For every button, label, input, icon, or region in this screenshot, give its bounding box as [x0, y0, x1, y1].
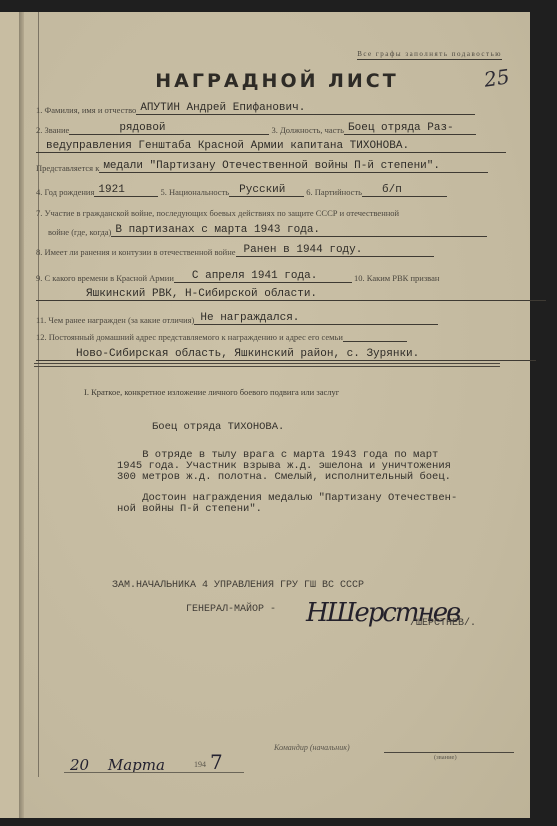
field-label-participation: 7. Участие в гражданской войне, последую…	[36, 208, 399, 218]
field-row-address: 12. Постоянный домашний адрес представля…	[36, 332, 508, 342]
field-label-army-since: 9. С какого времени в Красной Армии	[36, 273, 174, 283]
field-value-name: АПУТИН Андрей Епифанович.	[136, 102, 475, 115]
field-row-army-since: 9. С какого времени в Красной АрмииС апр…	[36, 270, 508, 283]
field-row-rank-position: 2. Званиерядовой 3. Должность, частьБоец…	[36, 122, 508, 135]
field-row-participation-cont: войне (где, когда)В партизанах с марта 1…	[48, 224, 508, 237]
field-label-rvk: 10. Каким РВК призван	[354, 273, 439, 283]
field-value-party: б/п	[362, 184, 447, 197]
field-label-rank: 2. Звание	[36, 125, 69, 135]
field-row-prior-awards: 11. Чем ранее награжден (за какие отличи…	[36, 312, 508, 325]
field-value-nationality: Русский	[229, 184, 304, 197]
signatory-rank: ГЕНЕРАЛ-МАЙОР -	[186, 604, 276, 615]
field-label-name: 1. Фамилия, имя и отчество	[36, 105, 136, 115]
field-value-rvk: Яшкинский РВК, Н-Сибирской области.	[36, 288, 546, 301]
field-value-address: Ново-Сибирская область, Яшкинский район,…	[36, 348, 536, 361]
field-label-prior-awards: 11. Чем ранее награжден (за какие отличи…	[36, 315, 194, 325]
field-row-address-cont: Ново-Сибирская область, Яшкинский район,…	[36, 348, 508, 361]
field-row-award: Представляется кмедали "Партизану Отечес…	[36, 160, 508, 173]
award-sheet: Все графы заполнять подавостью НАГРАДНОЙ…	[24, 12, 530, 818]
field-value-army-since: С апреля 1941 года.	[174, 270, 352, 283]
field-value-prior-awards: Не награждался.	[194, 312, 438, 325]
folio-number: 25	[482, 64, 511, 91]
signatory-title: ЗАМ.НАЧАЛЬНИКА 4 УПРАВЛЕНИЯ ГРУ ГШ ВС СС…	[112, 580, 364, 591]
date-year-suffix: 7	[210, 750, 223, 774]
section-heading: I. Краткое, конкретное изложение личного…	[84, 387, 339, 397]
field-value-birth-year: 1921	[94, 184, 158, 197]
field-value-rank: рядовой	[69, 122, 269, 135]
field-value-participation: В партизанах с марта 1943 года.	[111, 224, 487, 237]
field-value-position-cont: ведуправления Генштаба Красной Армии кап…	[36, 140, 506, 153]
fill-instruction-note: Все графы заполнять подавостью	[357, 50, 502, 60]
rank-caption: (звание)	[434, 754, 457, 761]
field-label-nationality: 5. Национальность	[161, 187, 230, 197]
field-value-address-blank	[343, 341, 407, 342]
commander-label: Командир (начальник)	[274, 743, 350, 752]
section-divider	[34, 366, 500, 367]
section-conclusion-line: ной войны П-й степени".	[117, 504, 262, 515]
field-value-position: Боец отряда Раз-	[344, 122, 476, 135]
field-value-award: медали "Партизану Отечественной войны П-…	[99, 160, 488, 173]
field-label-birth-year: 4. Год рождения	[36, 187, 94, 197]
field-label-address: 12. Постоянный домашний адрес представля…	[36, 332, 343, 342]
section-body-line: 300 метров ж.д. полотна. Смелый, исполни…	[117, 472, 451, 483]
adjacent-page-edge	[0, 12, 21, 818]
field-row-position-cont: ведуправления Генштаба Красной Армии кап…	[36, 140, 508, 153]
section-intro: Боец отряда ТИХОНОВА.	[152, 422, 284, 433]
commander-signature-line	[384, 752, 514, 753]
signatory-name: /ШЕРСТНЕВ/.	[410, 618, 476, 629]
field-label-wounds: 8. Имеет ли ранения и контузии в отечест…	[36, 247, 236, 257]
document-title: НАГРАДНОЙ ЛИСТ	[24, 70, 530, 92]
section-divider	[34, 363, 500, 364]
field-value-wounds: Ранен в 1944 году.	[236, 244, 434, 257]
date-year-prefix: 194	[194, 760, 206, 769]
field-label-participation-cont: войне (где, когда)	[48, 227, 111, 237]
field-row-name: 1. Фамилия, имя и отчествоАПУТИН Андрей …	[36, 102, 508, 115]
field-label-party: 6. Партийность	[306, 187, 362, 197]
field-row-birth-nationality-party: 4. Год рождения1921 5. НациональностьРус…	[36, 184, 508, 197]
field-row-wounds: 8. Имеет ли ранения и контузии в отечест…	[36, 244, 508, 257]
field-label-award: Представляется к	[36, 163, 99, 173]
field-row-rvk-cont: Яшкинский РВК, Н-Сибирской области.	[36, 288, 508, 301]
field-label-position: 3. Должность, часть	[271, 125, 344, 135]
field-row-participation: 7. Участие в гражданской войне, последую…	[36, 208, 508, 218]
